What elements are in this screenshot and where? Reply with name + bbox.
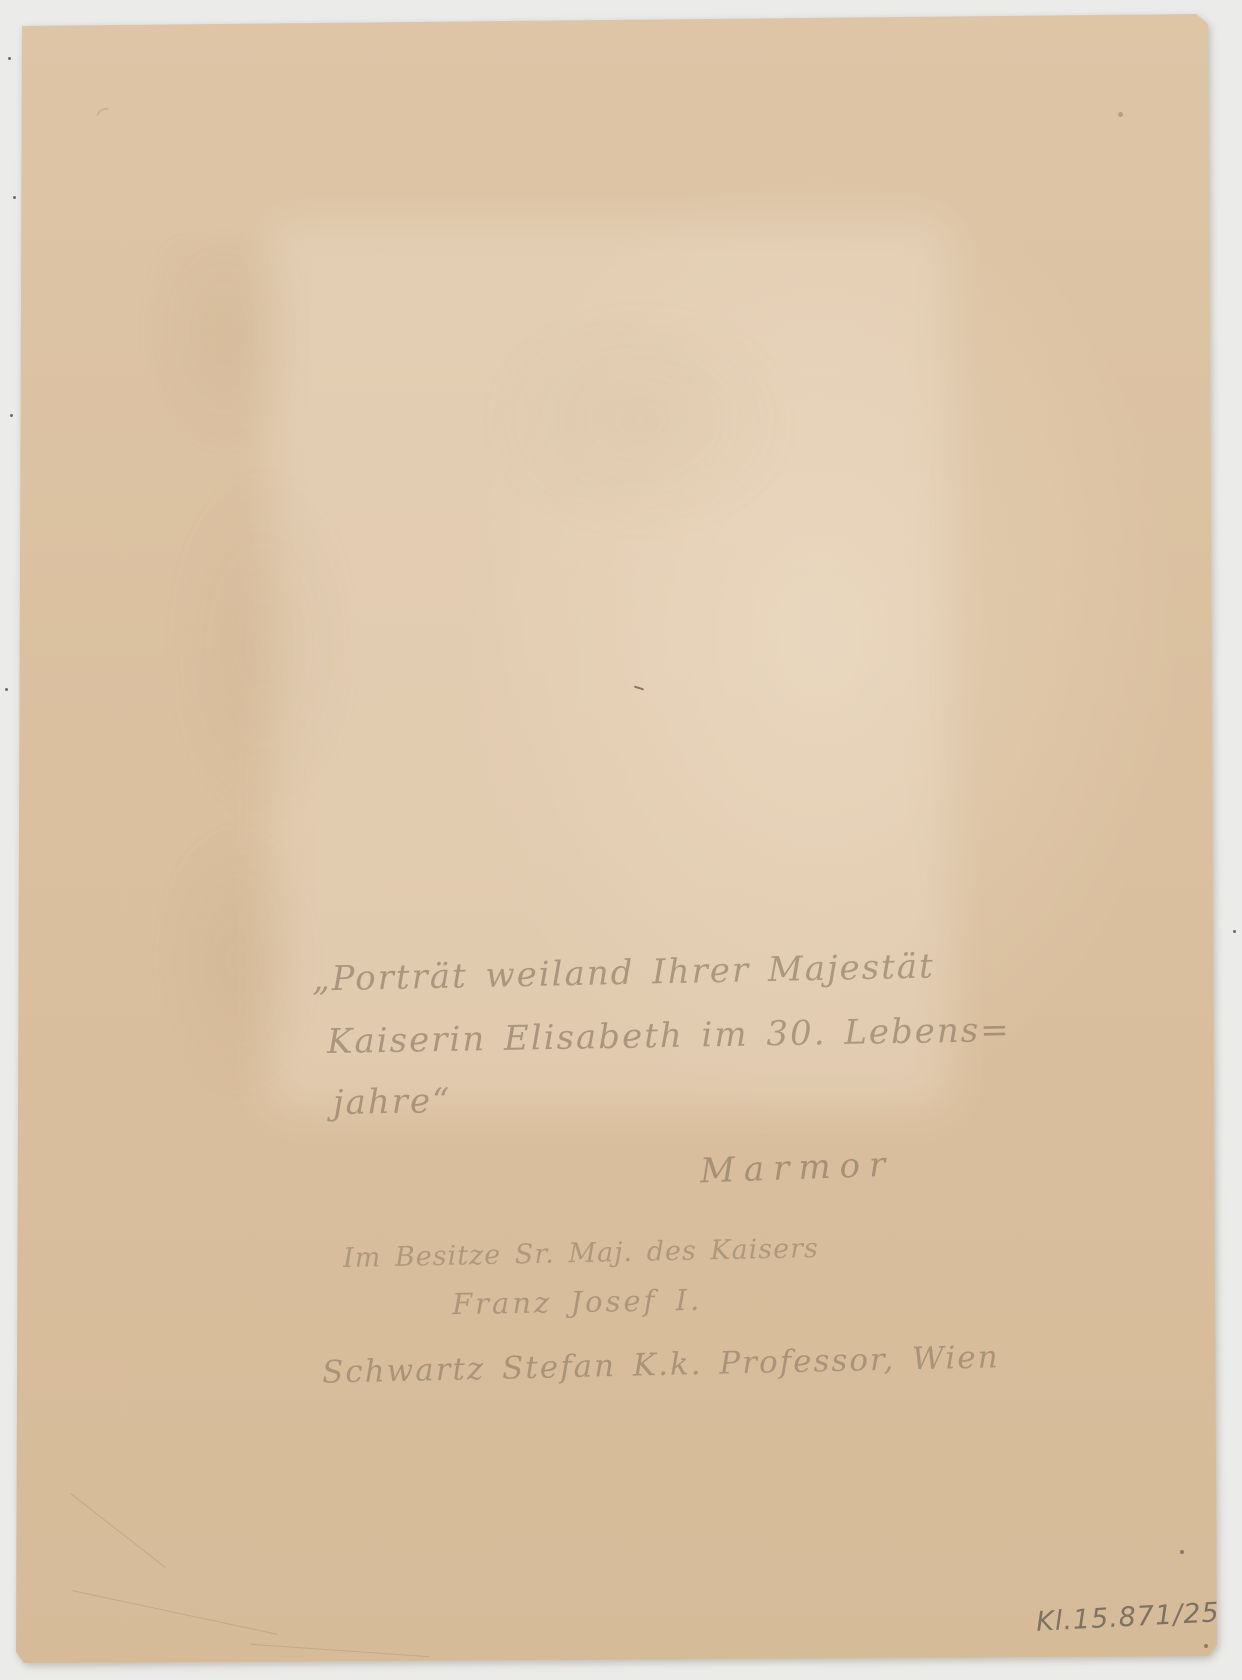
handwritten-artist-line: Schwartz Stefan K.k. Professor, Wien: [322, 1339, 1000, 1390]
paper-speck: [1180, 1550, 1184, 1554]
paper-wrapper: „Porträt weiland Ihrer Majestät Kaiserin…: [0, 0, 1242, 1680]
background-speck: [8, 57, 11, 60]
paper-speck: [1118, 112, 1123, 117]
background-speck: [13, 196, 16, 199]
handwritten-title-line-3: jahre“: [333, 1081, 452, 1123]
corner-crease: [72, 1590, 278, 1635]
background-speck: [1233, 930, 1236, 933]
handwritten-provenance-line-2: Franz Josef I.: [452, 1283, 703, 1321]
paper-speck: [1204, 1644, 1208, 1648]
inventory-number-annotation: Kl.15.871/25: [1035, 1597, 1220, 1638]
handwritten-provenance-line-1: Im Besitze Sr. Maj. des Kaisers: [343, 1233, 819, 1274]
left-stain-band: [120, 240, 380, 1140]
background-speck: [10, 414, 13, 417]
paper-blemish-mark: [92, 104, 119, 131]
handwritten-material-note: Marmor: [699, 1145, 895, 1192]
corner-crease: [70, 1493, 165, 1568]
corner-crease: [250, 1644, 430, 1658]
center-stain: [480, 300, 800, 540]
paper-sheet: „Porträt weiland Ihrer Majestät Kaiserin…: [0, 0, 1242, 1680]
background-speck: [5, 688, 8, 691]
scan-background: „Porträt weiland Ihrer Majestät Kaiserin…: [0, 0, 1242, 1680]
